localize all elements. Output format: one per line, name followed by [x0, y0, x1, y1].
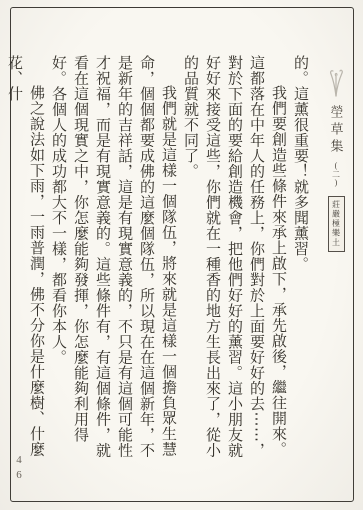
book-page: 塋草集 (二) 莊嚴極樂土 的。這薰很重要！就多聞薰習。 我們要創造些條件來承上… — [0, 0, 363, 510]
paragraph: 佛之說法如下雨，一雨普潤，佛不分你是什麼樹、什麼花、什 — [3, 55, 47, 471]
running-header: 塋草集 (二) 莊嚴極樂土 — [322, 68, 350, 252]
book-volume-number: (二) — [331, 161, 342, 187]
paragraph: 我們要創造些條件來承上啟下，承先啟後，繼往開來。這都落在中年人的任務上，你們對於… — [179, 55, 289, 471]
plant-stamp-icon — [325, 68, 347, 98]
section-label-box: 莊嚴極樂土 — [328, 196, 345, 252]
paragraph: 我們就是這樣一個隊伍，將來就是這樣一個擔負眾生慧命，個個都要成佛的這麼個隊伍，所… — [47, 55, 179, 471]
page-number: 46 — [13, 454, 25, 484]
section-label: 莊嚴極樂土 — [331, 200, 342, 248]
book-title: 塋草集 — [327, 105, 346, 156]
page-body-text: 的。這薰很重要！就多聞薰習。 我們要創造些條件來承上啟下，承先啟後，繼往開來。這… — [41, 55, 311, 471]
paragraph-continuation: 的。這薰很重要！就多聞薰習。 — [289, 55, 311, 471]
